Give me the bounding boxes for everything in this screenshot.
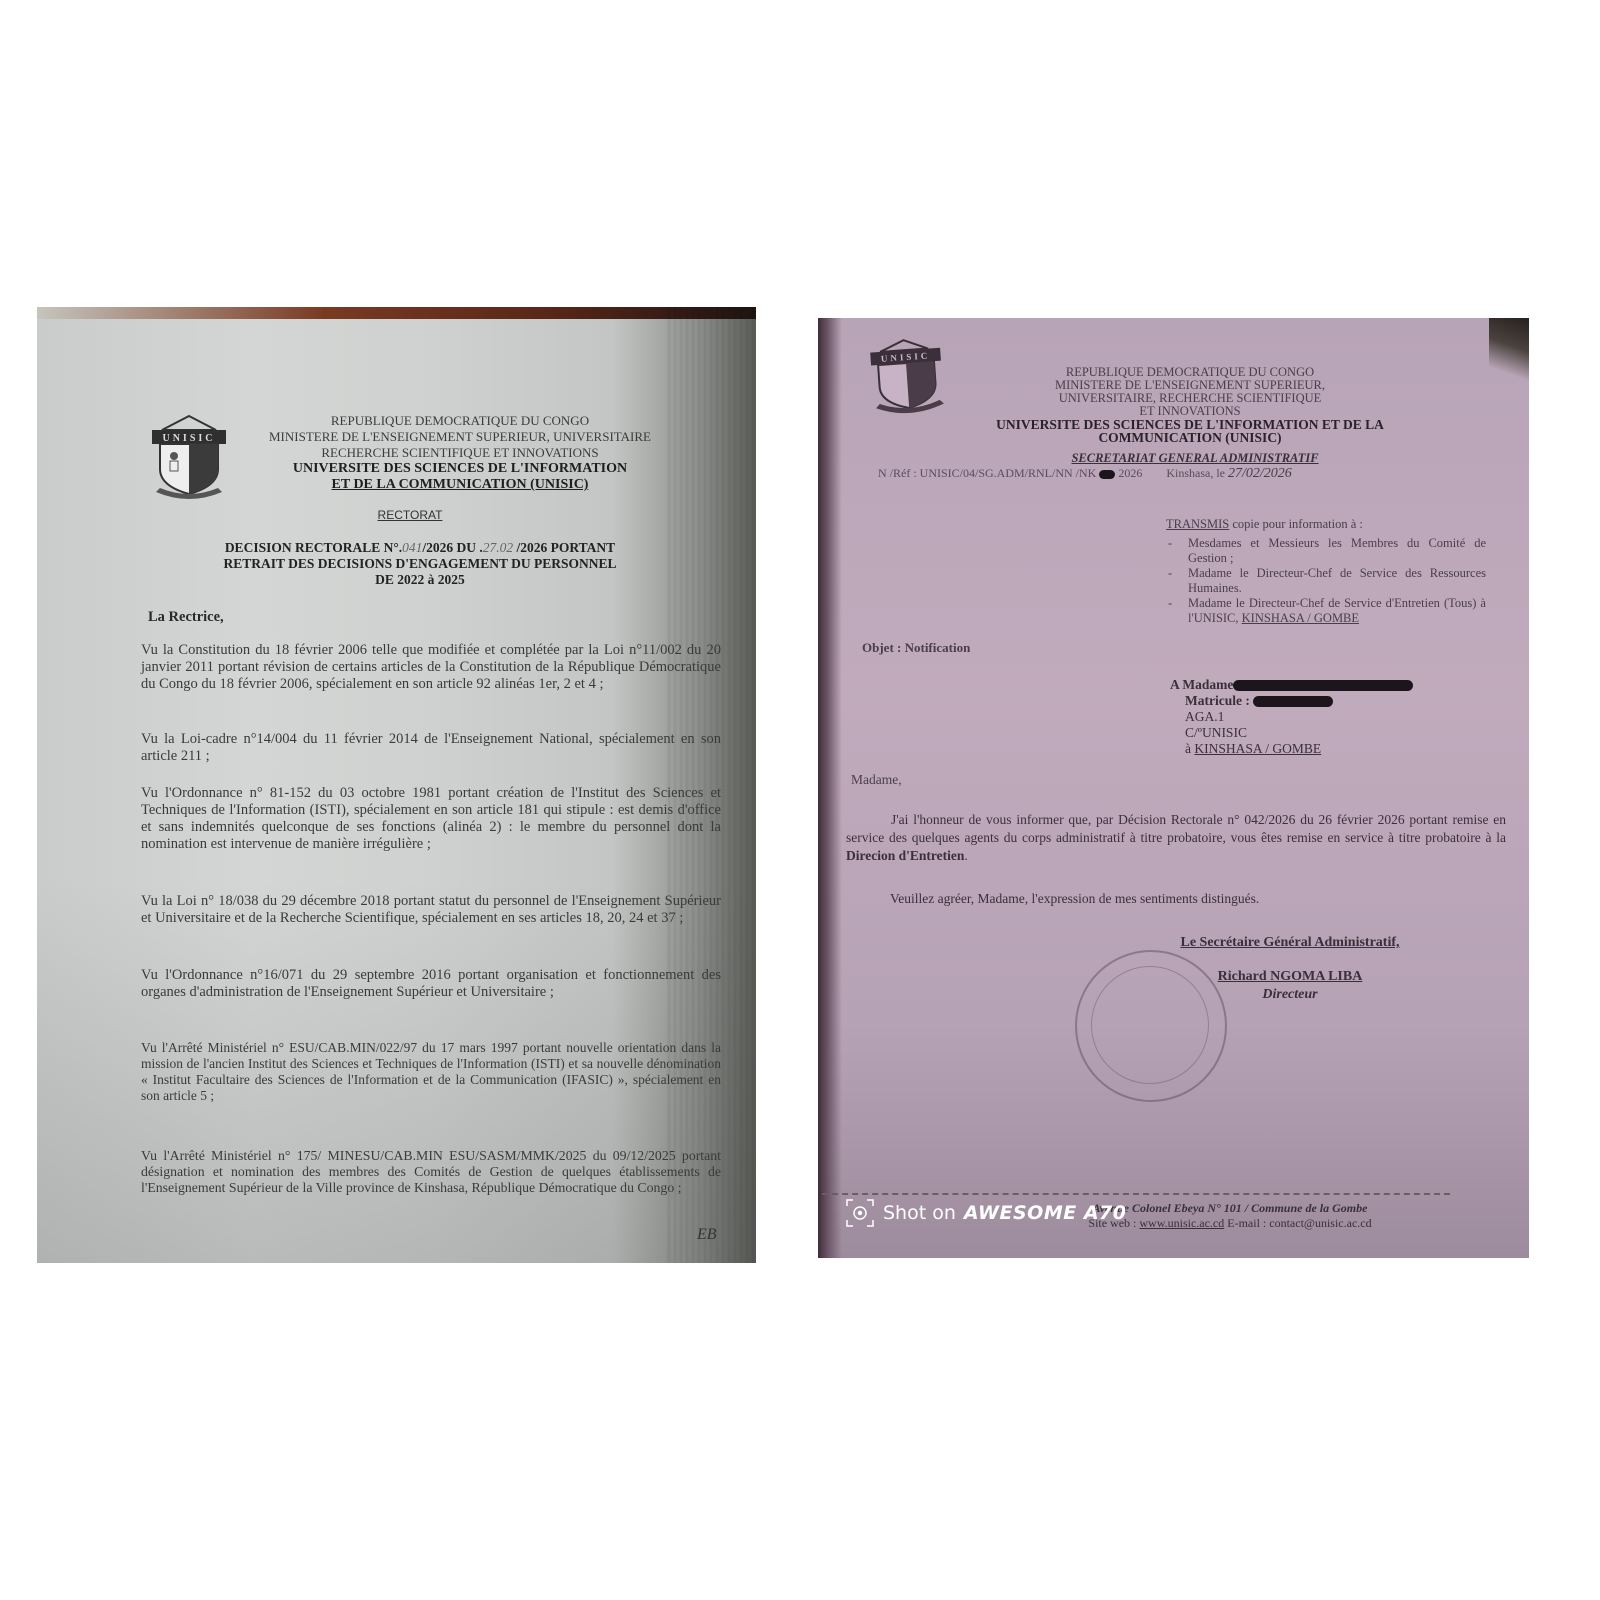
photo-corner-background bbox=[1489, 318, 1529, 388]
transmis-intro: copie pour information à : bbox=[1229, 517, 1363, 531]
left-letterhead: REPUBLIQUE DEMOCRATIQUE DU CONGO MINISTE… bbox=[190, 413, 730, 493]
signatory-role: Directeur bbox=[1140, 986, 1440, 1004]
redaction-mark bbox=[1253, 696, 1333, 707]
site-link[interactable]: www.unisic.ac.cd bbox=[1139, 1216, 1224, 1230]
body-text: J'ai l'honneur de vous informer que, par… bbox=[846, 812, 1506, 845]
body-end: . bbox=[964, 848, 967, 863]
letter-body: J'ai l'honneur de vous informer que, par… bbox=[846, 811, 1506, 865]
handwritten-initials: EB bbox=[697, 1226, 717, 1244]
reference-year: 2026 bbox=[1118, 466, 1142, 480]
photo-edge-shadow bbox=[818, 318, 842, 1258]
header-university: UNIVERSITE DES SCIENCES DE L'INFORMATION bbox=[190, 461, 730, 477]
paragraph: Vu l'Arrêté Ministériel n° 175/ MINESU/C… bbox=[141, 1148, 721, 1196]
header-university-2: ET DE LA COMMUNICATION (UNISIC) bbox=[190, 477, 730, 493]
footer-divider bbox=[822, 1193, 1450, 1195]
title-year2: /2026 PORTANT bbox=[513, 540, 615, 555]
department-label: RECTORAT bbox=[340, 508, 480, 522]
paragraph: Vu la Constitution du 18 février 2006 te… bbox=[141, 642, 721, 693]
addressee-grade: AGA.1 bbox=[1170, 709, 1470, 725]
paragraph: Vu l'Ordonnance n°16/071 du 29 septembre… bbox=[141, 967, 721, 1001]
title-line-2: RETRAIT DES DECISIONS D'ENGAGEMENT DU PE… bbox=[180, 556, 660, 572]
recipient-list: Mesdames et Messieurs les Membres du Com… bbox=[1166, 536, 1486, 626]
reference-number: N /Réf : UNISIC/04/SG.ADM/RNL/NN /NK bbox=[878, 466, 1096, 480]
signatory-name: Richard NGOMA LIBA bbox=[1140, 968, 1440, 986]
title-year1: /2026 DU . bbox=[422, 540, 482, 555]
signatory-title: Le Secrétaire Général Administratif, bbox=[1140, 934, 1440, 952]
title-prefix: DECISION RECTORALE N°. bbox=[225, 540, 402, 555]
addressee-org: C/ºUNISIC bbox=[1170, 725, 1470, 741]
handwritten-date: 27/02/2026 bbox=[1228, 466, 1292, 481]
addressee-location: KINSHASA / GOMBE bbox=[1194, 741, 1321, 756]
closing-formula: Veuillez agréer, Madame, l'expression de… bbox=[890, 891, 1450, 907]
watermark-prefix: Shot on bbox=[883, 1202, 956, 1224]
paragraph: Vu la Loi-cadre n°14/004 du 11 février 2… bbox=[141, 731, 721, 765]
addressee-label: A Madame bbox=[1170, 677, 1233, 692]
handwritten-number: 041 bbox=[402, 540, 422, 555]
redaction-mark bbox=[1099, 470, 1115, 479]
copy-recipients: TRANSMIS copie pour information à : Mesd… bbox=[1166, 517, 1486, 626]
paragraph: Vu la Loi n° 18/038 du 29 décembre 2018 … bbox=[141, 893, 721, 927]
camera-watermark: Shot on AWESOME A70 bbox=[845, 1198, 1126, 1228]
watermark-brand: AWESOME A70 bbox=[964, 1202, 1127, 1224]
footer-email: E-mail : contact@unisic.ac.cd bbox=[1224, 1216, 1371, 1230]
title-line-3: DE 2022 à 2025 bbox=[180, 572, 660, 588]
reference-line: N /Réf : UNISIC/04/SG.ADM/RNL/NN /NK 202… bbox=[878, 466, 1418, 482]
list-item: Mesdames et Messieurs les Membres du Com… bbox=[1188, 536, 1486, 566]
header-ministry-2: RECHERCHE SCIENTIFIQUE ET INNOVATIONS bbox=[190, 445, 730, 461]
header-university-2: COMMUNICATION (UNISIC) bbox=[940, 431, 1440, 444]
matricule-label: Matricule : bbox=[1185, 693, 1250, 708]
salutation: La Rectrice, bbox=[148, 609, 224, 626]
redaction-mark bbox=[1233, 680, 1413, 691]
decision-title: DECISION RECTORALE N°.041/2026 DU .27.02… bbox=[180, 540, 660, 588]
body-emphasis: Direcion d'Entretien bbox=[846, 848, 964, 863]
handwritten-date: 27.02 bbox=[483, 540, 513, 555]
location-prefix: à bbox=[1185, 741, 1194, 756]
transmis-label: TRANSMIS bbox=[1166, 517, 1229, 531]
subject-line: Objet : Notification bbox=[862, 640, 970, 656]
unisic-crest-icon: UNISIC bbox=[866, 338, 950, 416]
greeting: Madame, bbox=[851, 772, 902, 788]
header-country: REPUBLIQUE DEMOCRATIQUE DU CONGO bbox=[190, 413, 730, 429]
addressee-block: A Madame Matricule : AGA.1 C/ºUNISIC à K… bbox=[1170, 677, 1470, 757]
list-item: Madame le Directeur-Chef de Service d'En… bbox=[1188, 596, 1486, 626]
paragraph: Vu l'Arrêté Ministériel n° ESU/CAB.MIN/0… bbox=[141, 1040, 721, 1104]
signature-block: Le Secrétaire Général Administratif, Ric… bbox=[1140, 934, 1440, 1004]
header-ministry: MINISTERE DE L'ENSEIGNEMENT SUPERIEUR, U… bbox=[190, 429, 730, 445]
paragraph: Vu l'Ordonnance n° 81-152 du 03 octobre … bbox=[141, 785, 721, 853]
list-item: Madame le Directeur-Chef de Service des … bbox=[1188, 566, 1486, 596]
place-label: Kinshasa, le bbox=[1166, 466, 1225, 480]
service-name: SECRETARIAT GENERAL ADMINISTRATIF bbox=[1055, 451, 1335, 466]
right-letterhead: REPUBLIQUE DEMOCRATIQUE DU CONGO MINISTE… bbox=[940, 366, 1440, 444]
camera-focus-icon bbox=[845, 1198, 875, 1228]
recipient-location: KINSHASA / GOMBE bbox=[1242, 611, 1359, 625]
